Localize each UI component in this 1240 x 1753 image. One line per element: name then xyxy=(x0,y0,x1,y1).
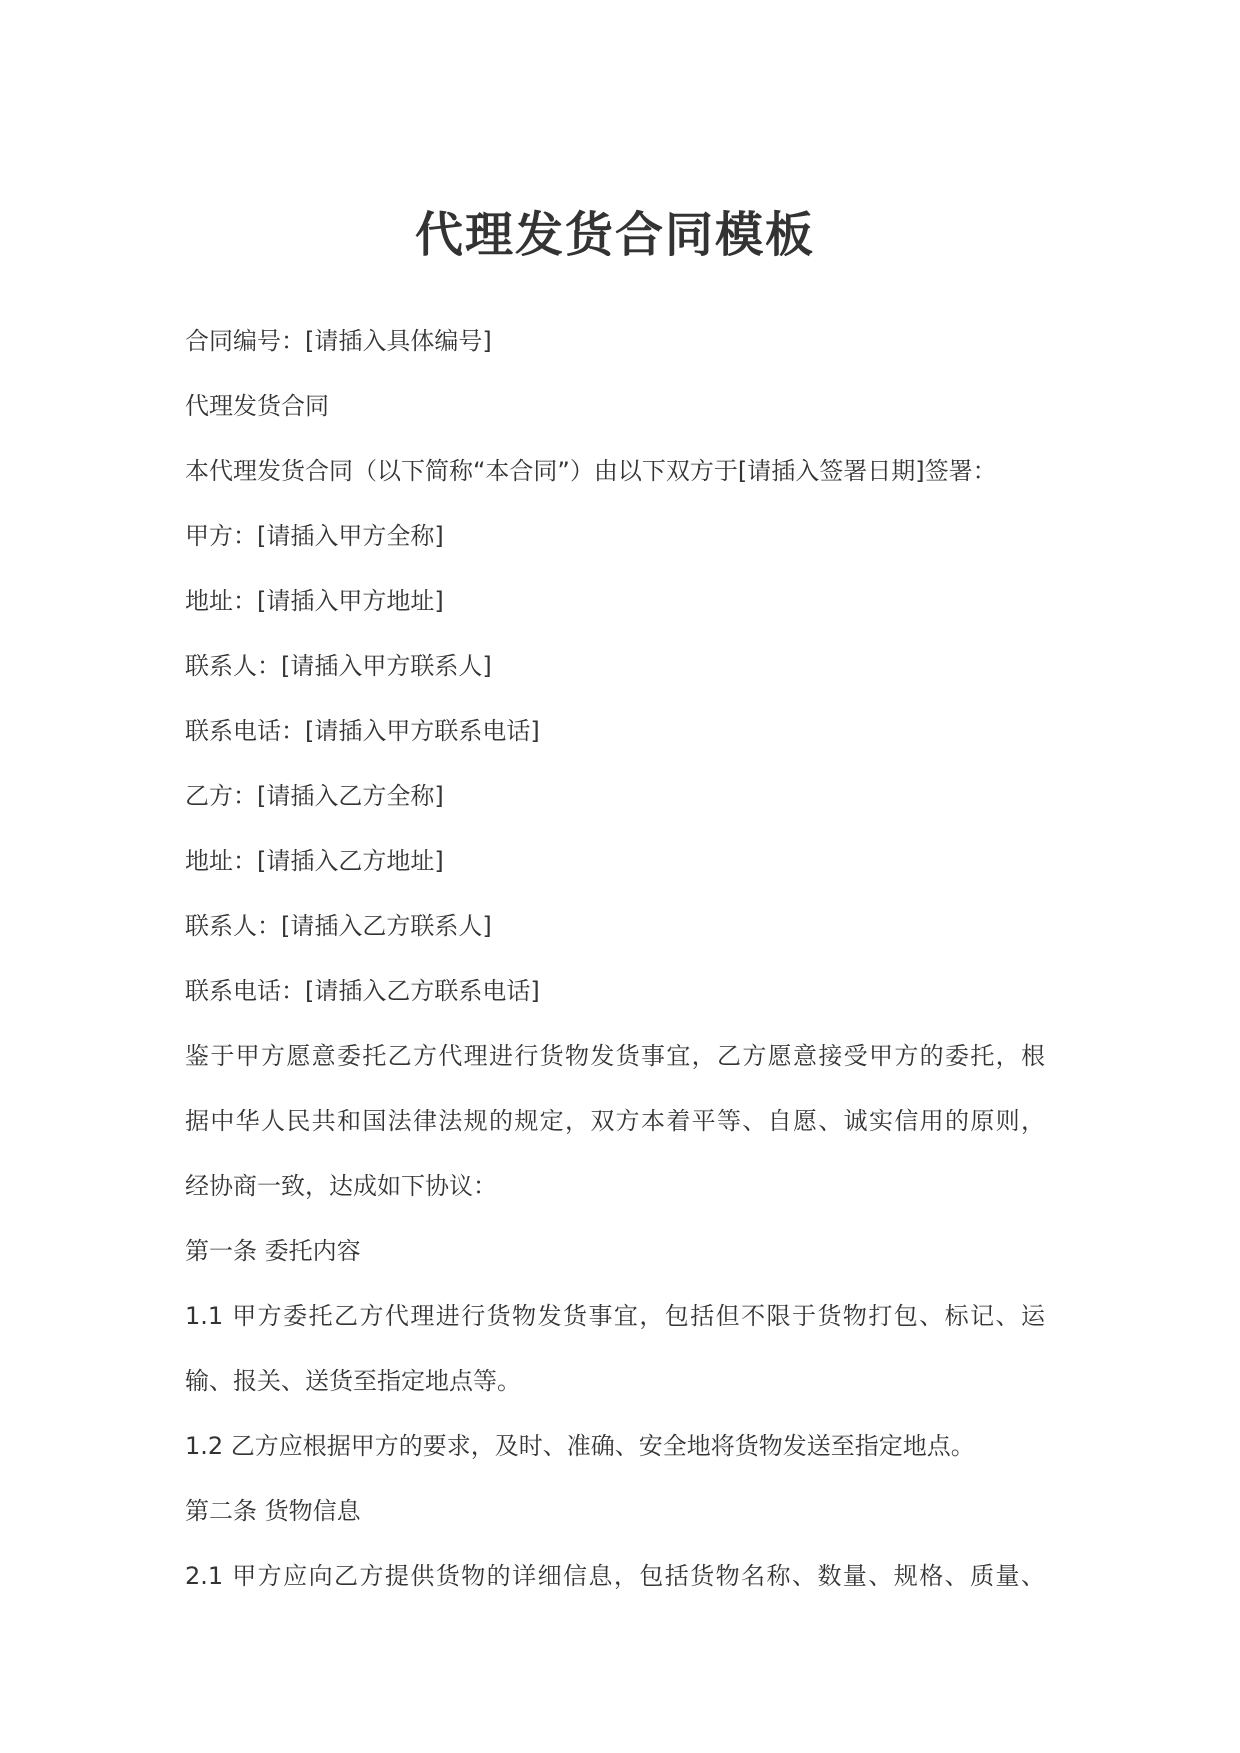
document-page: 代理发货合同模板 合同编号：[请插入具体编号]代理发货合同本代理发货合同（以下简… xyxy=(0,0,1240,1753)
text-line: 地址：[请插入甲方地址] xyxy=(185,569,1045,634)
text-line: 甲方：[请插入甲方全称] xyxy=(185,504,1045,569)
text-line: 联系电话：[请插入甲方联系电话] xyxy=(185,699,1045,764)
text-line: 联系人：[请插入乙方联系人] xyxy=(185,894,1045,959)
text-line: 1.2 乙方应根据甲方的要求，及时、准确、安全地将货物发送至指定地点。 xyxy=(185,1414,1045,1479)
text-line: 代理发货合同 xyxy=(185,374,1045,439)
text-line: 输、报关、送货至指定地点等。 xyxy=(185,1349,1045,1414)
document-title: 代理发货合同模板 xyxy=(185,202,1045,268)
text-line: 据中华人民共和国法律法规的规定，双方本着平等、自愿、诚实信用的原则， xyxy=(185,1089,1045,1154)
text-line: 2.1 甲方应向乙方提供货物的详细信息，包括货物名称、数量、规格、质量、 xyxy=(185,1544,1045,1609)
text-line: 经协商一致，达成如下协议： xyxy=(185,1154,1045,1219)
text-line: 乙方：[请插入乙方全称] xyxy=(185,764,1045,829)
text-line: 鉴于甲方愿意委托乙方代理进行货物发货事宜，乙方愿意接受甲方的委托，根 xyxy=(185,1024,1045,1089)
document-body: 合同编号：[请插入具体编号]代理发货合同本代理发货合同（以下简称“本合同”）由以… xyxy=(185,309,1045,1609)
text-line: 第一条 委托内容 xyxy=(185,1219,1045,1284)
text-line: 1.1 甲方委托乙方代理进行货物发货事宜，包括但不限于货物打包、标记、运 xyxy=(185,1284,1045,1349)
text-line: 第二条 货物信息 xyxy=(185,1479,1045,1544)
text-line: 本代理发货合同（以下简称“本合同”）由以下双方于[请插入签署日期]签署： xyxy=(185,439,1045,504)
text-line: 联系人：[请插入甲方联系人] xyxy=(185,634,1045,699)
text-line: 地址：[请插入乙方地址] xyxy=(185,829,1045,894)
text-line: 合同编号：[请插入具体编号] xyxy=(185,309,1045,374)
text-line: 联系电话：[请插入乙方联系电话] xyxy=(185,959,1045,1024)
